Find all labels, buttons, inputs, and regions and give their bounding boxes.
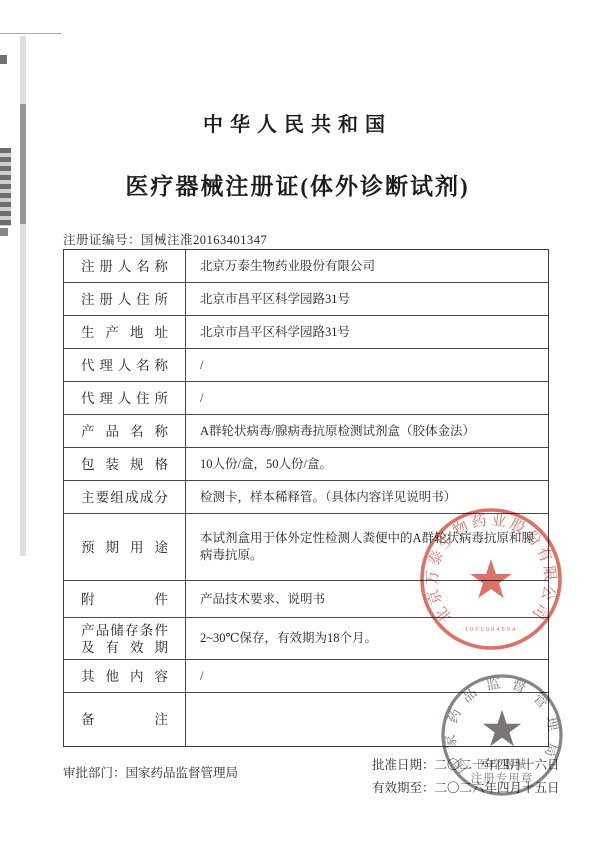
row-label-cell: 产品储存条件及有效期: [64, 618, 186, 659]
table-row-registrant-address: 注册人住所 北京市昌平区科学园路31号: [64, 283, 548, 316]
certificate-number-label: 注册证编号：: [63, 233, 141, 247]
table-row-agent-address: 代理人住所 /: [64, 382, 548, 415]
valid-until-value: 二〇二六年四月十五日: [435, 781, 560, 795]
row-value: 产品技术要求、说明书: [186, 581, 548, 617]
row-label-cell: 主要组成成分: [64, 481, 186, 513]
row-label: 备注: [81, 711, 168, 728]
scan-artifact: [0, 33, 62, 34]
row-label-cell: 备注: [64, 693, 186, 746]
table-row-registrant-name: 注册人名称 北京万泰生物药业股份有限公司: [64, 250, 548, 283]
row-label-cell: 附件: [64, 581, 186, 617]
table-row-packaging-spec: 包装规格 10人份/盒，50人份/盒。: [64, 448, 548, 481]
row-label: 预期用途: [81, 539, 168, 556]
document-title: 医疗器械注册证(体外诊断试剂): [0, 168, 595, 201]
row-value: 本试剂盒用于体外定性检测人粪便中的A群轮状病毒抗原和腺病毒抗原。: [186, 514, 548, 580]
row-label-cell: 包装规格: [64, 448, 186, 480]
row-value: 北京市昌平区科学园路31号: [186, 283, 548, 315]
row-label-cell: 产品名称: [64, 415, 186, 447]
row-label-cell: 生产地址: [64, 316, 186, 348]
row-label: 代理人住所: [81, 390, 168, 407]
row-label-cell: 代理人名称: [64, 349, 186, 381]
certificate-number-line: 注册证编号：国械注准20163401347: [63, 230, 267, 248]
row-label-cell: 注册人住所: [64, 283, 186, 315]
scanned-certificate-document: { "header": { "country": "中华人民共和国", "tit…: [0, 0, 595, 842]
row-label: 生产地址: [81, 324, 168, 341]
row-label: 产品储存条件及有效期: [81, 622, 168, 656]
row-label: 代理人名称: [81, 357, 168, 374]
table-row-production-address: 生产地址 北京市昌平区科学园路31号: [64, 316, 548, 349]
row-label: 主要组成成分: [81, 489, 168, 506]
row-label-cell: 预期用途: [64, 514, 186, 580]
approval-department-value: 国家药品监督管理局: [126, 766, 239, 780]
row-value: A群轮状病毒/腺病毒抗原检测试剂盒（胶体金法）: [186, 415, 548, 447]
row-label: 产品名称: [81, 423, 168, 440]
table-row-intended-use: 预期用途 本试剂盒用于体外定性检测人粪便中的A群轮状病毒抗原和腺病毒抗原。: [64, 514, 548, 581]
date-block: 批准日期：二〇二一年四月十六日 有效期至：二〇二六年四月十五日: [372, 754, 560, 800]
row-value: 北京市昌平区科学园路31号: [186, 316, 548, 348]
row-label-cell: 其他内容: [64, 660, 186, 692]
row-value: /: [186, 660, 548, 692]
row-label-cell: 注册人名称: [64, 250, 186, 282]
table-row-agent-name: 代理人名称 /: [64, 349, 548, 382]
scan-artifact: [0, 228, 8, 236]
table-row-other-content: 其他内容 /: [64, 660, 548, 693]
row-value: [186, 693, 548, 746]
table-row-product-name: 产品名称 A群轮状病毒/腺病毒抗原检测试剂盒（胶体金法）: [64, 415, 548, 448]
approval-date-line: 批准日期：二〇二一年四月十六日: [372, 754, 560, 777]
row-label: 包装规格: [81, 456, 168, 473]
valid-until-line: 有效期至：二〇二六年四月十五日: [372, 777, 560, 800]
approval-date-label: 批准日期：: [372, 758, 435, 772]
table-row-main-components: 主要组成成分 检测卡，样本稀释管。（具体内容详见说明书）: [64, 481, 548, 514]
certificate-number-value: 国械注准20163401347: [141, 233, 267, 247]
certificate-table: 注册人名称 北京万泰生物药业股份有限公司 注册人住所 北京市昌平区科学园路31号…: [63, 249, 549, 747]
approval-department-label: 审批部门：: [63, 766, 126, 780]
row-value: 2~30℃保存，有效期为18个月。: [186, 618, 548, 659]
valid-until-label: 有效期至：: [372, 781, 435, 795]
table-row-remarks: 备注: [64, 693, 548, 746]
row-label: 注册人住所: [81, 291, 168, 308]
row-label: 附件: [81, 591, 168, 608]
row-label-cell: 代理人住所: [64, 382, 186, 414]
row-label: 其他内容: [81, 668, 168, 685]
row-value: /: [186, 382, 548, 414]
country-title: 中华人民共和国: [0, 108, 595, 137]
approval-date-value: 二〇二一年四月十六日: [435, 758, 560, 772]
approval-department-line: 审批部门：国家药品监督管理局: [63, 763, 238, 781]
scan-artifact: [0, 55, 7, 64]
table-row-attachments: 附件 产品技术要求、说明书: [64, 581, 548, 618]
table-row-storage-validity: 产品储存条件及有效期 2~30℃保存，有效期为18个月。: [64, 618, 548, 660]
row-value: 10人份/盒，50人份/盒。: [186, 448, 548, 480]
row-value: /: [186, 349, 548, 381]
row-label: 注册人名称: [81, 258, 168, 275]
row-value: 检测卡，样本稀释管。（具体内容详见说明书）: [186, 481, 548, 513]
row-value: 北京万泰生物药业股份有限公司: [186, 250, 548, 282]
